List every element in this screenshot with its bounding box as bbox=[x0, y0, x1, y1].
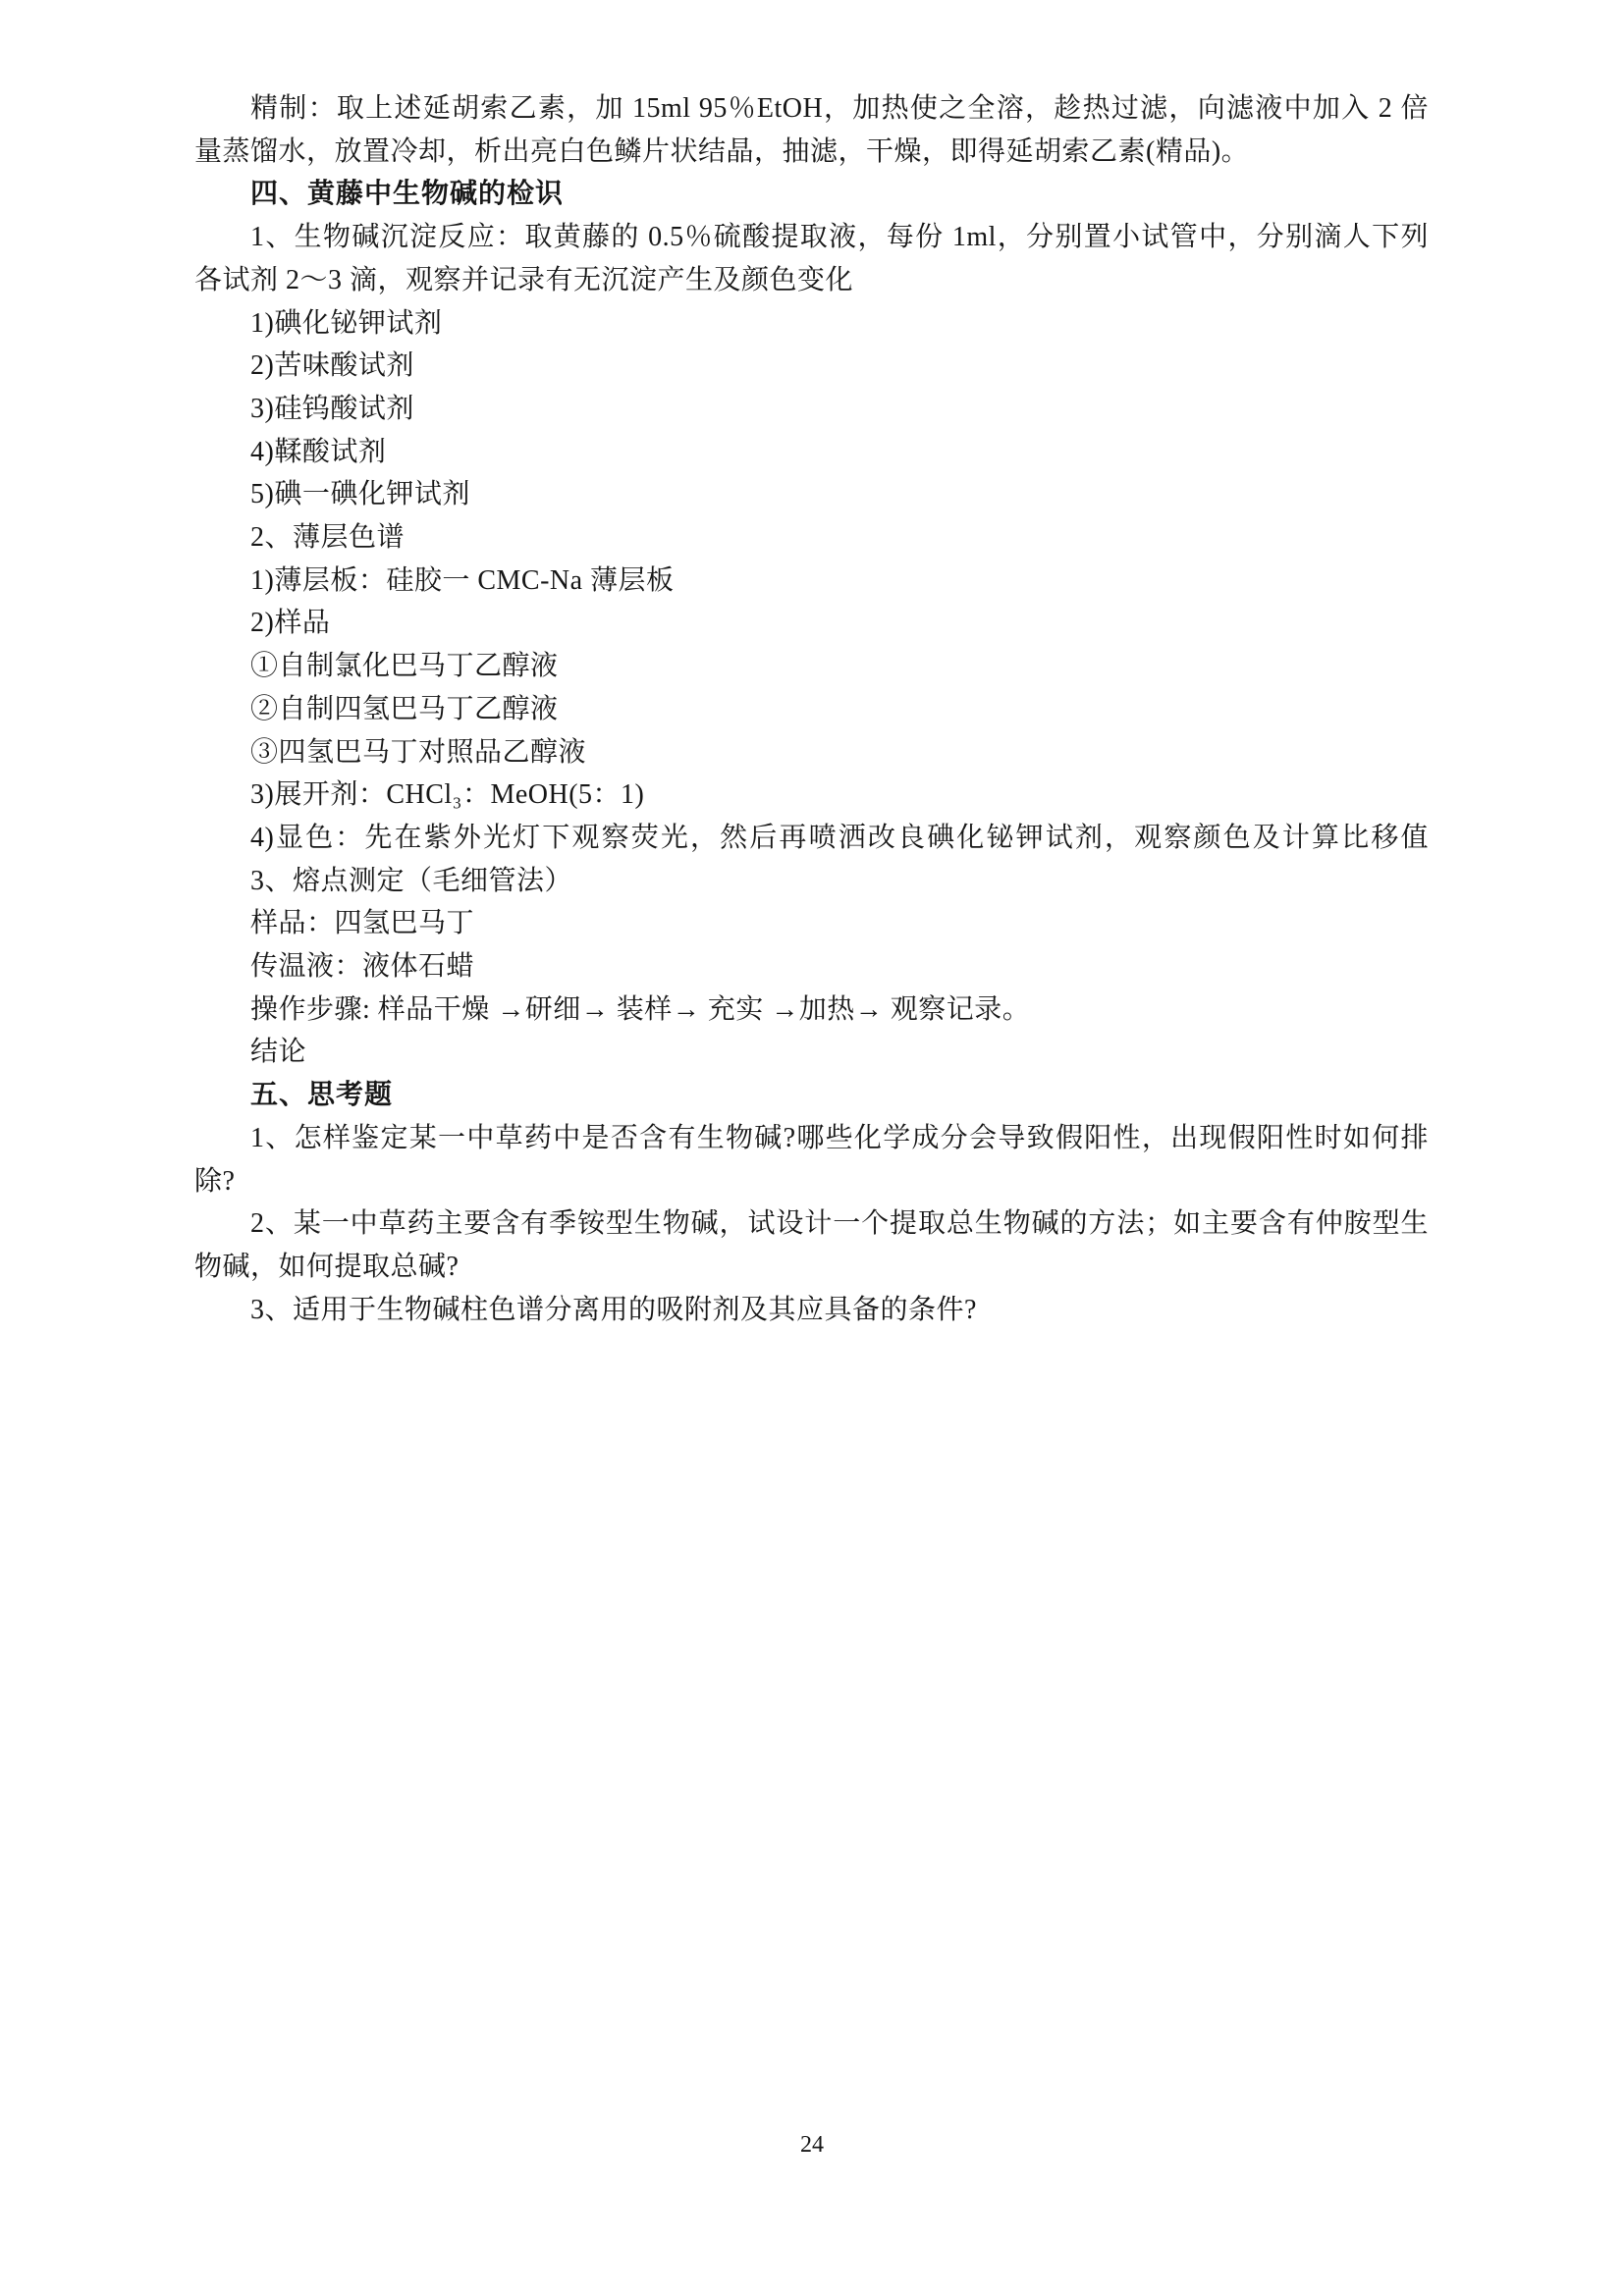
question-2-line-1: 2、某一中草药主要含有季铵型生物碱，试设计一个提取总生物碱的方法；如主要含有仲胺… bbox=[194, 1202, 1429, 1246]
list-item-developer: 3)展开剂：CHCl₃：MeOH(5：1) bbox=[194, 774, 1429, 817]
list-item-sample-1: ①自制氯化巴马丁乙醇液 bbox=[194, 645, 1429, 688]
question-2-line-2: 物碱，如何提取总碱? bbox=[194, 1246, 1429, 1289]
page-number: 24 bbox=[0, 2130, 1624, 2160]
list-item-samples: 2)样品 bbox=[194, 602, 1429, 645]
list-item-colorization: 4)显色：先在紫外光灯下观察荧光，然后再喷洒改良碘化铋钾试剂，观察颜色及计算比移… bbox=[194, 817, 1429, 860]
subsection-melting-point: 3、熔点测定（毛细管法） bbox=[194, 860, 1429, 903]
document-page: 精制：取上述延胡索乙素，加 15ml 95％EtOH，加热使之全溶，趁热过滤，向… bbox=[0, 0, 1624, 2296]
line-procedure-steps: 操作步骤: 样品干燥 →研细→ 装样→ 充实 →加热→ 观察记录。 bbox=[194, 988, 1429, 1032]
line-conclusion: 结论 bbox=[194, 1031, 1429, 1074]
list-item-reagent-2: 2)苦味酸试剂 bbox=[194, 345, 1429, 388]
list-item-reagent-5: 5)碘一碘化钾试剂 bbox=[194, 473, 1429, 516]
paragraph-precipitation-line-1: 1、生物碱沉淀反应：取黄藤的 0.5％硫酸提取液，每份 1ml，分别置小试管中，… bbox=[194, 216, 1429, 259]
list-item-reagent-4: 4)鞣酸试剂 bbox=[194, 431, 1429, 474]
line-sample: 样品：四氢巴马丁 bbox=[194, 902, 1429, 945]
list-item-reagent-3: 3)硅钨酸试剂 bbox=[194, 388, 1429, 431]
paragraph-refine-line-2: 量蒸馏水，放置冷却，析出亮白色鳞片状结晶，抽滤，干燥，即得延胡索乙素(精品)。 bbox=[194, 131, 1429, 174]
list-item-reagent-1: 1)碘化铋钾试剂 bbox=[194, 302, 1429, 346]
question-1-line-2: 除? bbox=[194, 1160, 1429, 1203]
list-item-sample-2: ②自制四氢巴马丁乙醇液 bbox=[194, 688, 1429, 731]
list-item-tlc-plate: 1)薄层板：硅胶一 CMC-Na 薄层板 bbox=[194, 560, 1429, 603]
question-1-line-1: 1、怎样鉴定某一中草药中是否含有生物碱?哪些化学成分会导致假阳性，出现假阳性时如… bbox=[194, 1117, 1429, 1160]
list-item-sample-3: ③四氢巴马丁对照品乙醇液 bbox=[194, 731, 1429, 774]
question-3: 3、适用于生物碱柱色谱分离用的吸附剂及其应具备的条件? bbox=[194, 1289, 1429, 1332]
line-heat-medium: 传温液：液体石蜡 bbox=[194, 945, 1429, 988]
section-heading-4: 四、黄藤中生物碱的检识 bbox=[194, 173, 1429, 216]
document-body: 精制：取上述延胡索乙素，加 15ml 95％EtOH，加热使之全溶，趁热过滤，向… bbox=[194, 87, 1429, 1331]
subsection-tlc: 2、薄层色谱 bbox=[194, 516, 1429, 560]
section-heading-5: 五、思考题 bbox=[194, 1074, 1429, 1117]
paragraph-precipitation-line-2: 各试剂 2～3 滴，观察并记录有无沉淀产生及颜色变化 bbox=[194, 259, 1429, 302]
paragraph-refine-line-1: 精制：取上述延胡索乙素，加 15ml 95％EtOH，加热使之全溶，趁热过滤，向… bbox=[194, 87, 1429, 131]
